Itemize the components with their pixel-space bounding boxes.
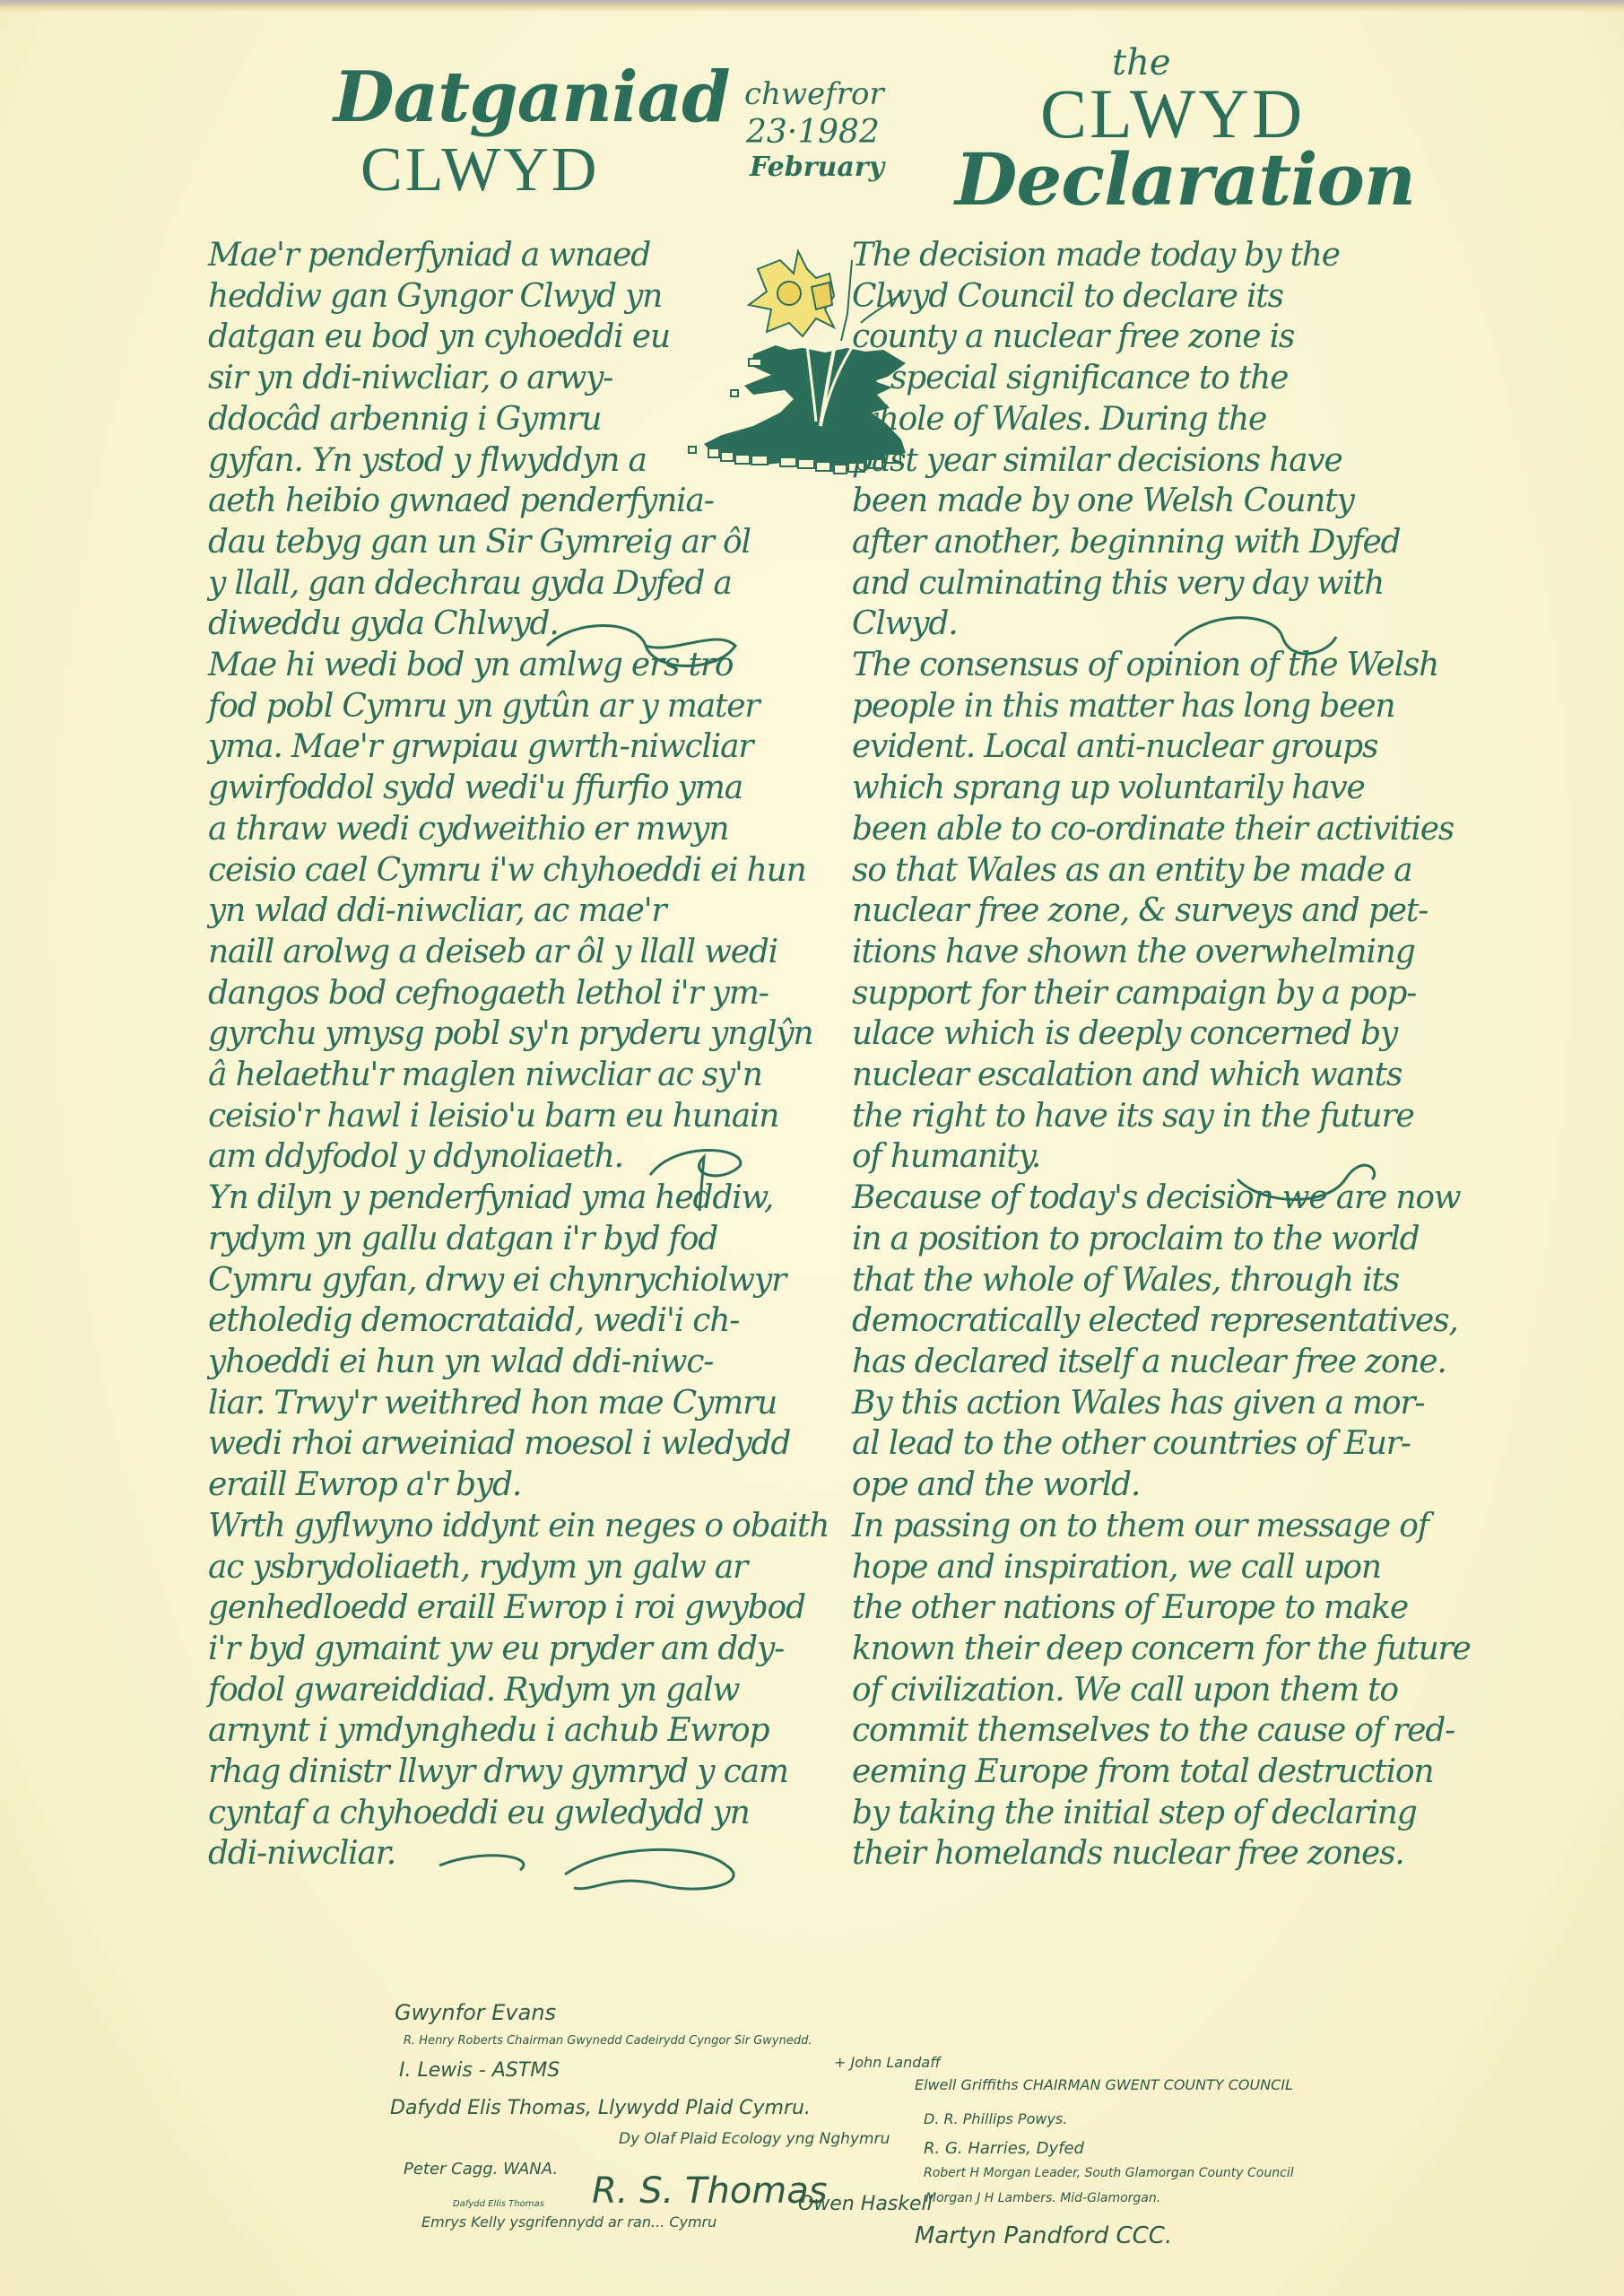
text-line: The consensus of opinion of the Welsh xyxy=(852,645,1426,686)
text-line: ceisio cael Cymru i'w chyhoeddi ei hun xyxy=(208,850,800,891)
signature: Martyn Pandford CCC. xyxy=(915,2222,1172,2249)
date-welsh-month: chwefror xyxy=(744,79,884,109)
text-line: ulace which is deeply concerned by xyxy=(852,1013,1426,1055)
text-line: of special significance to the xyxy=(852,358,1426,399)
text-line: and culminating this very day with xyxy=(852,563,1426,604)
text-line: yhoeddi ei hun yn wlad ddi-niwc- xyxy=(208,1342,800,1383)
text-line: cyntaf a chyhoeddi eu gwledydd yn xyxy=(208,1793,800,1834)
english-title-declaration: Declaration xyxy=(955,143,1415,215)
text-line: that the whole of Wales, through its xyxy=(852,1260,1426,1301)
text-line: been able to co-ordinate their activitie… xyxy=(852,809,1426,850)
text-line: â helaethu'r maglen niwcliar ac sy'n xyxy=(208,1055,800,1096)
signature: Emrys Kelly ysgrifennydd ar ran... Cymru xyxy=(421,2213,716,2231)
text-line: ddocâd arbennig i Gymru xyxy=(208,399,800,440)
text-line: of humanity. xyxy=(852,1136,1426,1178)
text-line: rydym yn gallu datgan i'r byd fod xyxy=(208,1219,800,1260)
text-line: i'r byd gymaint yw eu pryder am ddy- xyxy=(208,1629,800,1670)
signature: Elwell Griffiths CHAIRMAN GWENT COUNTY C… xyxy=(915,2076,1293,2093)
text-line: eeming Europe from total destruction xyxy=(852,1752,1426,1793)
text-line: nuclear escalation and which wants xyxy=(852,1055,1426,1096)
text-line: evident. Local anti-nuclear groups xyxy=(852,726,1426,768)
text-line: ceisio'r hawl i leisio'u barn eu hunain xyxy=(208,1096,800,1137)
signature: D. R. Phillips Powys. xyxy=(924,2110,1067,2127)
text-line: liar. Trwy'r weithred hon mae Cymru xyxy=(208,1383,800,1424)
signatures-block: Gwynfor EvansR. Henry Roberts Chairman G… xyxy=(377,1991,1345,2260)
text-line: By this action Wales has given a mor- xyxy=(852,1383,1426,1424)
signature: Morgan J H Lambers. Mid-Glamorgan. xyxy=(925,2191,1160,2205)
text-line: nuclear free zone, & surveys and pet- xyxy=(852,891,1426,932)
text-line: past year similar decisions have xyxy=(852,440,1426,482)
welsh-title-clwyd: CLWYD xyxy=(360,139,599,202)
text-line: a thraw wedi cydweithio er mwyn xyxy=(208,809,800,850)
text-line: al lead to the other countries of Eur- xyxy=(852,1423,1426,1465)
signature: + John Landaff xyxy=(834,2054,941,2071)
signature: R. G. Harries, Dyfed xyxy=(924,2139,1084,2158)
text-line: eraill Ewrop a'r byd. xyxy=(208,1465,800,1506)
text-line: Cymru gyfan, drwy ei chynrychiolwyr xyxy=(208,1260,800,1301)
text-line: their homelands nuclear free zones. xyxy=(852,1833,1426,1874)
text-line: naill arolwg a deiseb ar ôl y llall wedi xyxy=(208,932,800,973)
text-line: rhag dinistr llwyr drwy gymryd y cam xyxy=(208,1752,800,1793)
signature: Peter Cagg. WANA. xyxy=(404,2160,558,2179)
text-line: genhedloedd eraill Ewrop i roi gwybod xyxy=(208,1587,800,1629)
text-line: has declared itself a nuclear free zone. xyxy=(852,1342,1426,1383)
text-line: Because of today's decision we are now xyxy=(852,1178,1426,1219)
text-line: wedi rhoi arweiniad moesol i wledydd xyxy=(208,1423,800,1465)
text-line: Clwyd Council to declare its xyxy=(852,276,1426,317)
text-line: yn wlad ddi-niwcliar, ac mae'r xyxy=(208,891,800,932)
text-line: which sprang up voluntarily have xyxy=(852,768,1426,809)
text-line: been made by one Welsh County xyxy=(852,481,1426,522)
text-line: so that Wales as an entity be made a xyxy=(852,850,1426,891)
text-line: diweddu gyda Chlwyd. xyxy=(208,604,800,645)
signature: Dafydd Elis Thomas, Llywydd Plaid Cymru. xyxy=(390,2097,811,2119)
text-line: known their deep concern for the future xyxy=(852,1629,1426,1670)
text-line: by taking the initial step of declaring xyxy=(852,1793,1426,1834)
text-line: dau tebyg gan un Sir Gymreig ar ôl xyxy=(208,522,800,563)
welsh-title-datganiad: Datganiad xyxy=(334,63,730,133)
text-line: yma. Mae'r grwpiau gwrth-niwcliar xyxy=(208,726,800,768)
text-line: fod pobl Cymru yn gytûn ar y mater xyxy=(208,686,800,727)
paper-top-edge xyxy=(0,0,1624,13)
signature: Gwynfor Evans xyxy=(395,2000,556,2025)
signature: Robert H Morgan Leader, South Glamorgan … xyxy=(924,2166,1294,2180)
text-line: Yn dilyn y penderfyniad yma heddiw, xyxy=(208,1178,800,1219)
signature: I. Lewis - ASTMS xyxy=(399,2059,560,2082)
text-line: after another, beginning with Dyfed xyxy=(852,522,1426,563)
text-line: Wrth gyflwyno iddynt ein neges o obaith xyxy=(208,1506,800,1547)
text-line: support for their campaign by a pop- xyxy=(852,973,1426,1014)
text-line: aeth heibio gwnaed penderfynia- xyxy=(208,481,800,522)
text-line: itions have shown the overwhelming xyxy=(852,932,1426,973)
date-english-month: February xyxy=(750,154,884,181)
date-numeric: 23·1982 xyxy=(746,117,880,149)
text-line: ope and the world. xyxy=(852,1465,1426,1506)
text-line: fodol gwareiddiad. Rydym yn galw xyxy=(208,1670,800,1711)
text-line: Clwyd. xyxy=(852,604,1426,645)
text-line: in a position to proclaim to the world xyxy=(852,1219,1426,1260)
text-line: heddiw gan Gyngor Clwyd yn xyxy=(208,276,800,317)
text-line: of civilization. We call upon them to xyxy=(852,1670,1426,1711)
signature: Owen Haskell xyxy=(798,2193,933,2215)
text-line: gwirfoddol sydd wedi'u ffurfio yma xyxy=(208,768,800,809)
text-line: democratically elected representatives, xyxy=(852,1300,1426,1342)
text-line: ddi-niwcliar. xyxy=(208,1833,800,1874)
text-line: county a nuclear free zone is xyxy=(852,317,1426,358)
signature: R. Henry Roberts Chairman Gwynedd Cadeir… xyxy=(404,2034,812,2048)
text-line: sir yn ddi-niwcliar, o arwy- xyxy=(208,358,800,399)
signature: R. S. Thomas xyxy=(592,2170,828,2212)
text-line: dangos bod cefnogaeth lethol i'r ym- xyxy=(208,973,800,1014)
text-line: hope and inspiration, we call upon xyxy=(852,1547,1426,1588)
signature: Dafydd Ellis Thomas xyxy=(453,2199,544,2209)
text-line: y llall, gan ddechrau gyda Dyfed a xyxy=(208,563,800,604)
text-line: datgan eu bod yn cyhoeddi eu xyxy=(208,317,800,358)
text-line: etholedig democrataidd, wedi'i ch- xyxy=(208,1300,800,1342)
signature: Dy Olaf Plaid Ecology yng Nghymru xyxy=(619,2130,890,2148)
text-line: the right to have its say in the future xyxy=(852,1096,1426,1137)
text-line: people in this matter has long been xyxy=(852,686,1426,727)
text-line: am ddyfodol y ddynoliaeth. xyxy=(208,1136,800,1178)
text-line: arnynt i ymdynghedu i achub Ewrop xyxy=(208,1710,800,1752)
text-line: gyrchu ymysg pobl sy'n pryderu ynglŷn xyxy=(208,1013,800,1055)
text-line: whole of Wales. During the xyxy=(852,399,1426,440)
welsh-declaration-text: Mae'r penderfyniad a wnaedheddiw gan Gyn… xyxy=(208,235,800,1874)
text-line: The decision made today by the xyxy=(852,235,1426,276)
english-declaration-text: The decision made today by theClwyd Coun… xyxy=(852,235,1426,1874)
text-line: ac ysbrydoliaeth, rydym yn galw ar xyxy=(208,1547,800,1588)
text-line: Mae'r penderfyniad a wnaed xyxy=(208,235,800,276)
text-line: gyfan. Yn ystod y flwyddyn a xyxy=(208,440,800,482)
text-line: the other nations of Europe to make xyxy=(852,1587,1426,1629)
text-line: Mae hi wedi bod yn amlwg ers tro xyxy=(208,645,800,686)
text-line: In passing on to them our message of xyxy=(852,1506,1426,1547)
text-line: commit themselves to the cause of red- xyxy=(852,1710,1426,1752)
